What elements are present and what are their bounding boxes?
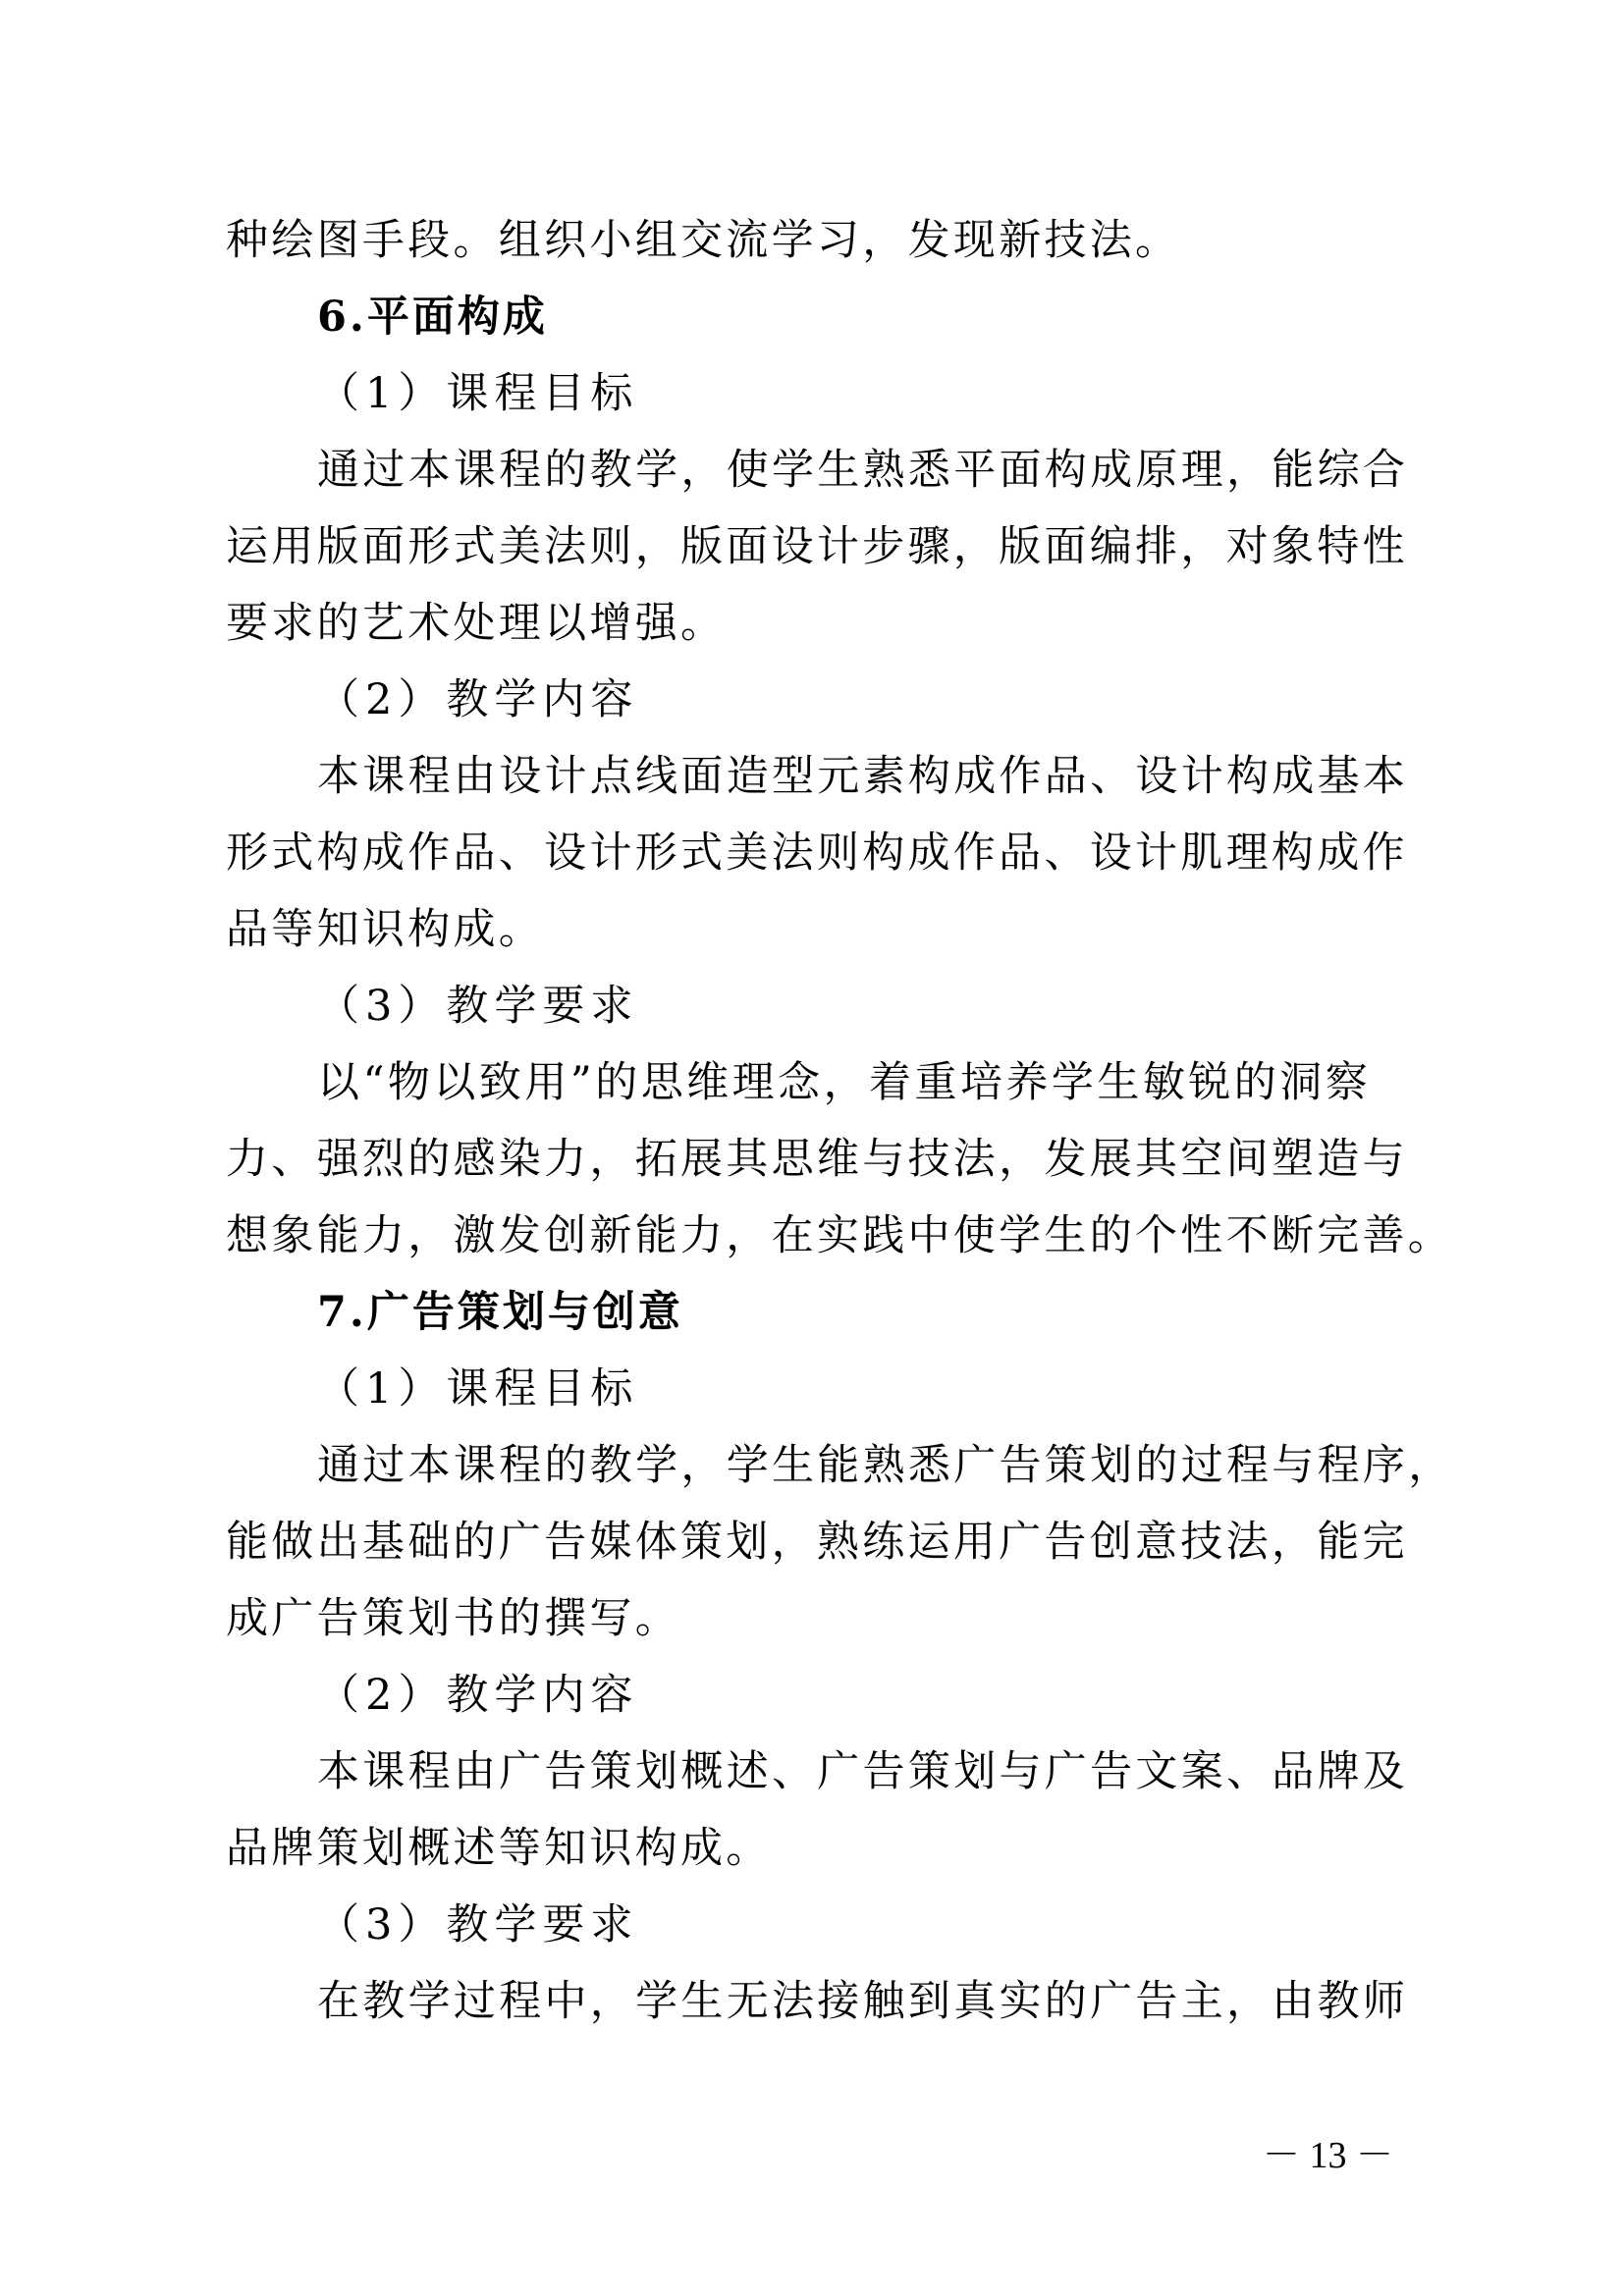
paragraph-line: 在教学过程中，学生无法接触到真实的广告主，由教师	[226, 1970, 1371, 2047]
paragraph-line: 本课程由设计点线面造型元素构成作品、设计构成基本	[226, 745, 1371, 822]
subheading-course-goal: （1）课程目标	[226, 1358, 1371, 1434]
paragraph-continuation-line: 种绘图手段。组织小组交流学习，发现新技法。	[226, 209, 1371, 286]
paragraph-line: 能做出基础的广告媒体策划，熟练运用广告创意技法，能完	[226, 1511, 1371, 1587]
page-number: － 13 －	[1263, 2134, 1393, 2177]
paragraph-line: 以“物以致用”的思维理念，着重培养学生敏锐的洞察	[226, 1051, 1371, 1128]
paragraph-line: 想象能力，激发创新能力，在实践中使学生的个性不断完善。	[226, 1204, 1371, 1281]
subheading-teaching-requirements: （3）教学要求	[226, 1894, 1371, 1970]
paragraph-line: 品等知识构成。	[226, 898, 1371, 975]
subheading-teaching-content: （2）教学内容	[226, 668, 1371, 745]
paragraph-line: 品牌策划概述等知识构成。	[226, 1817, 1371, 1894]
paragraph-line: 通过本课程的教学，学生能熟悉广告策划的过程与程序，	[226, 1434, 1371, 1511]
paragraph-line: 运用版面形式美法则，版面设计步骤，版面编排，对象特性	[226, 515, 1371, 592]
section-heading-7: 7.广告策划与创意	[226, 1281, 1371, 1358]
paragraph-line: 本课程由广告策划概述、广告策划与广告文案、品牌及	[226, 1740, 1371, 1817]
paragraph-line: 通过本课程的教学，使学生熟悉平面构成原理，能综合	[226, 439, 1371, 515]
paragraph-line: 力、强烈的感染力，拓展其思维与技法，发展其空间塑造与	[226, 1128, 1371, 1204]
paragraph-line: 成广告策划书的撰写。	[226, 1587, 1371, 1664]
subheading-teaching-content: （2）教学内容	[226, 1664, 1371, 1740]
subheading-teaching-requirements: （3）教学要求	[226, 975, 1371, 1051]
section-heading-6: 6.平面构成	[226, 286, 1371, 362]
document-page: 种绘图手段。组织小组交流学习，发现新技法。 6.平面构成 （1）课程目标 通过本…	[0, 0, 1624, 2296]
paragraph-line: 要求的艺术处理以增强。	[226, 592, 1371, 668]
paragraph-line: 形式构成作品、设计形式美法则构成作品、设计肌理构成作	[226, 822, 1371, 898]
subheading-course-goal: （1）课程目标	[226, 362, 1371, 439]
document-body: 种绘图手段。组织小组交流学习，发现新技法。 6.平面构成 （1）课程目标 通过本…	[226, 209, 1371, 2047]
